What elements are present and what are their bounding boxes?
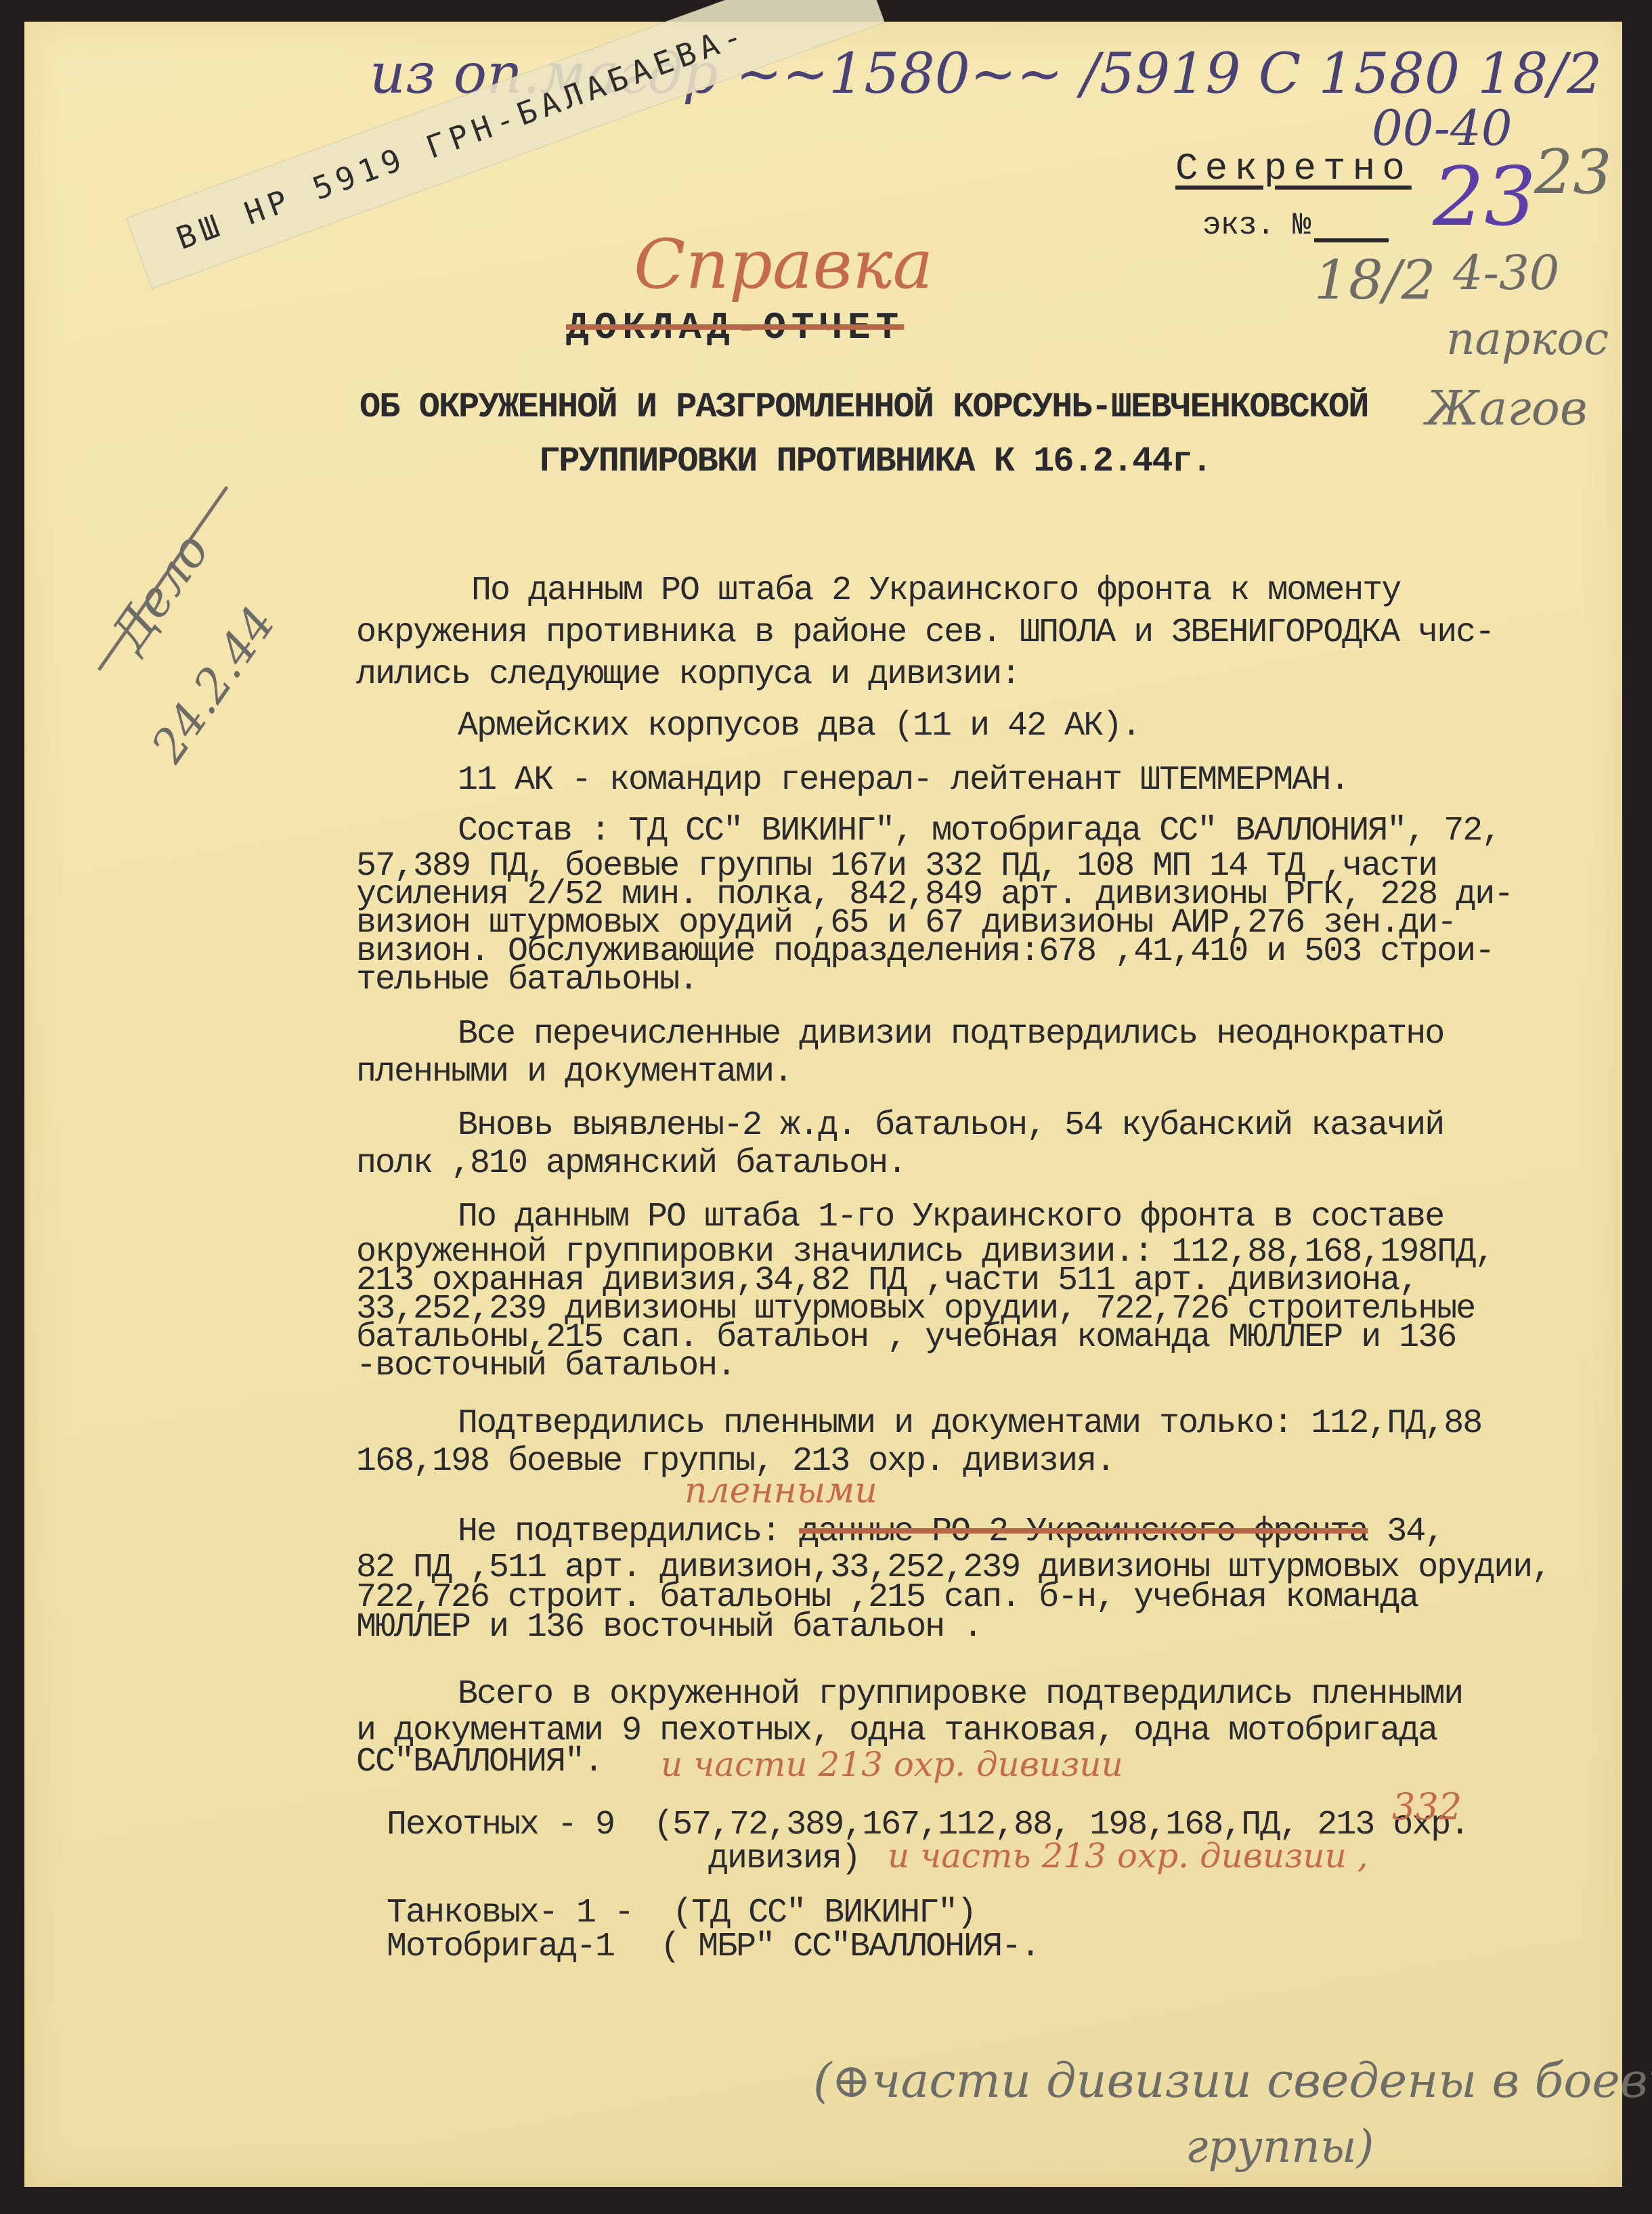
violet-registration-number: 23: [1433, 150, 1536, 244]
text-line: Армейских корпусов два (11 и 42 АК).: [356, 706, 1582, 747]
text-line: Вновь выявлены-2 ж.д. батальон, 54 кубан…: [356, 1105, 1582, 1147]
paragraph-confirmed: Все перечисленные дивизии подтвердились …: [356, 1014, 1582, 1089]
pencil-signature: Жагов: [1426, 381, 1588, 436]
paragraph-composition: Состав : ТД СС" ВИКИНГ", мотобригада СС"…: [356, 810, 1582, 995]
paragraph-not-confirmed: Не подтвердились: данные РО 2 Украинског…: [356, 1511, 1582, 1643]
document-page: из оп.магдр ~~1580~~ /5919 С 1580 18/2 0…: [24, 22, 1622, 2187]
pencil-registration-number: 23: [1534, 137, 1612, 208]
pencil-time: 4-30: [1453, 245, 1559, 301]
text-line: По данным РО штаба 1-го Украинского фрон…: [356, 1196, 1582, 1238]
title-line-1: ОБ ОКРУЖЕННОЙ И РАЗГРОМЛЕННОЙ КОРСУНЬ-ШЕ…: [360, 387, 1368, 427]
text-lead: Не подтвердились:: [458, 1513, 799, 1551]
summary-value: (ТД СС" ВИКИНГ"): [672, 1894, 976, 1932]
text-line: полк ,810 армянский батальон.: [356, 1147, 1582, 1181]
text-line: 168,198 боевые группы, 213 охр. дивизия.: [356, 1445, 1582, 1479]
secret-label: Секретно: [1175, 147, 1412, 190]
text-tail: 34,: [1368, 1513, 1443, 1551]
red-addition-213-summary: и часть 213 охр. дивизии ,: [888, 1836, 1368, 1875]
margin-note-delo: Дело: [100, 523, 220, 661]
text-line: Подтвердились пленными и документами тол…: [356, 1403, 1582, 1445]
summary-row-infantry-continuation: дивизия): [708, 1840, 860, 1878]
title-line-2: ГРУППИРОВКИ ПРОТИВНИКА К 16.2.44г.: [539, 441, 1211, 481]
copy-number-label: экз. №: [1202, 208, 1311, 243]
text-line: Всего в окруженной группировке подтверди…: [356, 1674, 1582, 1716]
copy-number-value: 18/2: [1314, 248, 1436, 311]
paragraph-1st-ukrainian-front: По данным РО штаба 1-го Украинского фрон…: [356, 1196, 1582, 1381]
text-line: Состав : ТД СС" ВИКИНГ", мотобригада СС"…: [356, 810, 1582, 852]
summary-label: Мотобригад-1: [387, 1928, 614, 1966]
text-line: лились следующие корпуса и дивизии:: [356, 654, 1582, 696]
struck-text: данные РО 2 Украинского фронта: [799, 1513, 1368, 1551]
summary-row-tank: Танковых- 1 - (ТД СС" ВИКИНГ"): [387, 1894, 976, 1932]
text-line: Все перечисленные дивизии подтвердились …: [356, 1014, 1582, 1056]
red-correction-332: 332: [1392, 1785, 1462, 1828]
text-line: окружения противника в районе сев. ШПОЛА…: [356, 612, 1582, 654]
summary-label: Танковых- 1 -: [387, 1894, 633, 1932]
summary-value: ( МБР" СС"ВАЛЛОНИЯ-.: [660, 1928, 1039, 1966]
text-line: МЮЛЛЕР и 136 восточный батальон .: [356, 1613, 1582, 1643]
copy-number-underline: [1314, 238, 1389, 242]
text-line: пленными и документами.: [356, 1056, 1582, 1089]
red-insert-plennymi: пленными: [684, 1471, 877, 1511]
paragraph-newly-identified: Вновь выявлены-2 ж.д. батальон, 54 кубан…: [356, 1105, 1582, 1181]
paragraph-corps-count: Армейских корпусов два (11 и 42 АК).: [356, 706, 1582, 747]
struck-title: ДОКЛАД-ОТЧЕТ: [566, 306, 904, 349]
pencil-name-1: паркос: [1446, 313, 1609, 365]
paragraph-11-ak-commander: 11 АК - командир генерал- лейтенант ШТЕМ…: [356, 760, 1582, 802]
summary-label: Пехотных - 9: [387, 1806, 614, 1844]
red-addition-213: и части 213 охр. дивизии: [661, 1745, 1123, 1784]
footnote-handwritten-line-2: группы): [1186, 2121, 1374, 2173]
red-note-spravka: Справка: [634, 225, 933, 304]
summary-row-motorized: Мотобригад-1 ( МБР" СС"ВАЛЛОНИЯ-.: [387, 1928, 1039, 1966]
paragraph-intro: По данным РО штаба 2 Украинского фронта …: [356, 570, 1582, 696]
footnote-handwritten-line-1: (⊕части дивизии сведены в боевые: [813, 2053, 1652, 2108]
text-line: По данным РО штаба 2 Украинского фронта …: [356, 570, 1582, 612]
text-line: 11 АК - командир генерал- лейтенант ШТЕМ…: [356, 760, 1582, 802]
paragraph-confirmed-only: Подтвердились пленными и документами тол…: [356, 1403, 1582, 1479]
